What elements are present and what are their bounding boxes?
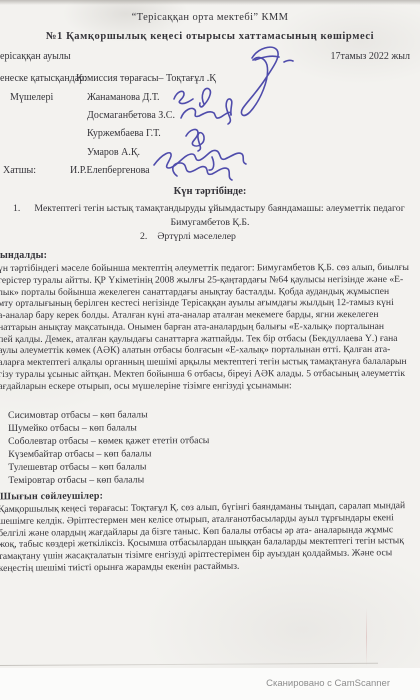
member-4-signature — [154, 150, 246, 170]
member-3-signature — [186, 129, 204, 151]
family-item: Сисимовтар отбасы – көп балалы — [8, 408, 209, 422]
doc-date: 17тамыз 2022 жыл — [330, 51, 410, 62]
paper-crease — [366, 608, 367, 666]
paragraph-line: аларға мектептегі алқалы органның шешімі… — [0, 356, 420, 369]
members-label: Мүшелері — [10, 92, 53, 103]
paragraph-line: ағдайларын ескере отырып, осы мүшелеріне… — [0, 379, 420, 392]
chairman-signature — [241, 47, 293, 115]
speakers-heading: Шығын сөйлеушілер: — [0, 491, 103, 503]
secretary-label: Хатшы: — [3, 165, 36, 176]
agenda-item-2-number: 2. — [140, 231, 147, 242]
listened-heading: ындалды: — [0, 250, 47, 261]
member-name-1: Жанаманова Д.Т. — [87, 92, 159, 103]
family-item: Теміровтар отбасы – көп балалы — [8, 473, 209, 487]
member-name-3: Куржембаева Г.Т. — [87, 128, 161, 139]
listened-paragraph: үн тәртібіндегі мәселе бойынша мектептің… — [0, 262, 420, 392]
scan-bottom-edge — [0, 663, 378, 666]
paragraph-line: наттарын анықтау мақсатында. Онымен барғ… — [0, 321, 420, 334]
paragraph-line: а-аналар бару керек болды. Аталған күні … — [0, 309, 420, 322]
paragraph-line: герістер туралы айтты. ҚР Үкіметінің 200… — [0, 274, 420, 287]
member-2-signature — [181, 99, 232, 124]
agenda-item-2-text: Әртүрлі мәселелер — [157, 231, 236, 242]
chairman-line: Комиссия төрағасы– Тоқтағұл .Қ — [76, 73, 216, 84]
agenda-item-1-continued: Бимугамбетов Қ.Б. — [0, 217, 420, 228]
scanned-protocol-document: “Терісаққан орта мектебі” КММ №1 Қамқорш… — [0, 0, 420, 700]
secretary-name: И.Р.Елепбергенова — [70, 165, 150, 176]
agenda-item-1-number: 1. — [13, 203, 20, 214]
attendees-label: енеске қатысқандар: — [0, 73, 87, 84]
secretary-signature — [173, 163, 232, 180]
doc-title: №1 Қамқоршылық кеңесі отырысы хаттамасын… — [0, 31, 420, 42]
agenda-item-2: 2.Әртүрлі мәселелер — [140, 231, 236, 242]
camscanner-credit: Сканировано с CamScanner — [0, 678, 420, 689]
agenda-item-1-text: Мектептегі тегін ыстық тамақтандыруды ұй… — [34, 203, 404, 214]
family-item: Соболевтар отбасы – көмек қажет ететін о… — [8, 434, 209, 448]
speakers-paragraph: Қамқоршылық кеңесі төрағасы: Тоқтағұл Қ.… — [0, 500, 420, 575]
families-list: Сисимовтар отбасы – көп балалы Шумейко о… — [8, 408, 210, 487]
scan-top-edge — [0, 0, 420, 5]
paragraph-line: үн тәртібіндегі мәселе бойынша мектептің… — [0, 262, 420, 275]
member-1-signature — [174, 88, 210, 106]
village-name: ерісаққан ауылы — [0, 51, 71, 62]
family-item: Күзембайтар отбасы – көп балалы — [8, 447, 209, 461]
member-name-2: Досмаганбетова З.С. — [87, 110, 175, 121]
paragraph-line: гізу туралы ұсыныс айтқан. Мектеп бойынш… — [0, 368, 420, 381]
family-item: Шумейко отбасы – көп балалы — [8, 421, 209, 435]
family-item: Тулешевтар отбасы – көп балалы — [8, 460, 209, 474]
member-name-4: Умаров А.Қ. — [87, 147, 140, 158]
org-title: “Терісаққан орта мектебі” КММ — [0, 12, 420, 23]
agenda-item-1: 1.Мектептегі тегін ыстық тамақтандыруды … — [13, 203, 405, 214]
agenda-heading: Күн тәртібінде: — [0, 186, 420, 197]
